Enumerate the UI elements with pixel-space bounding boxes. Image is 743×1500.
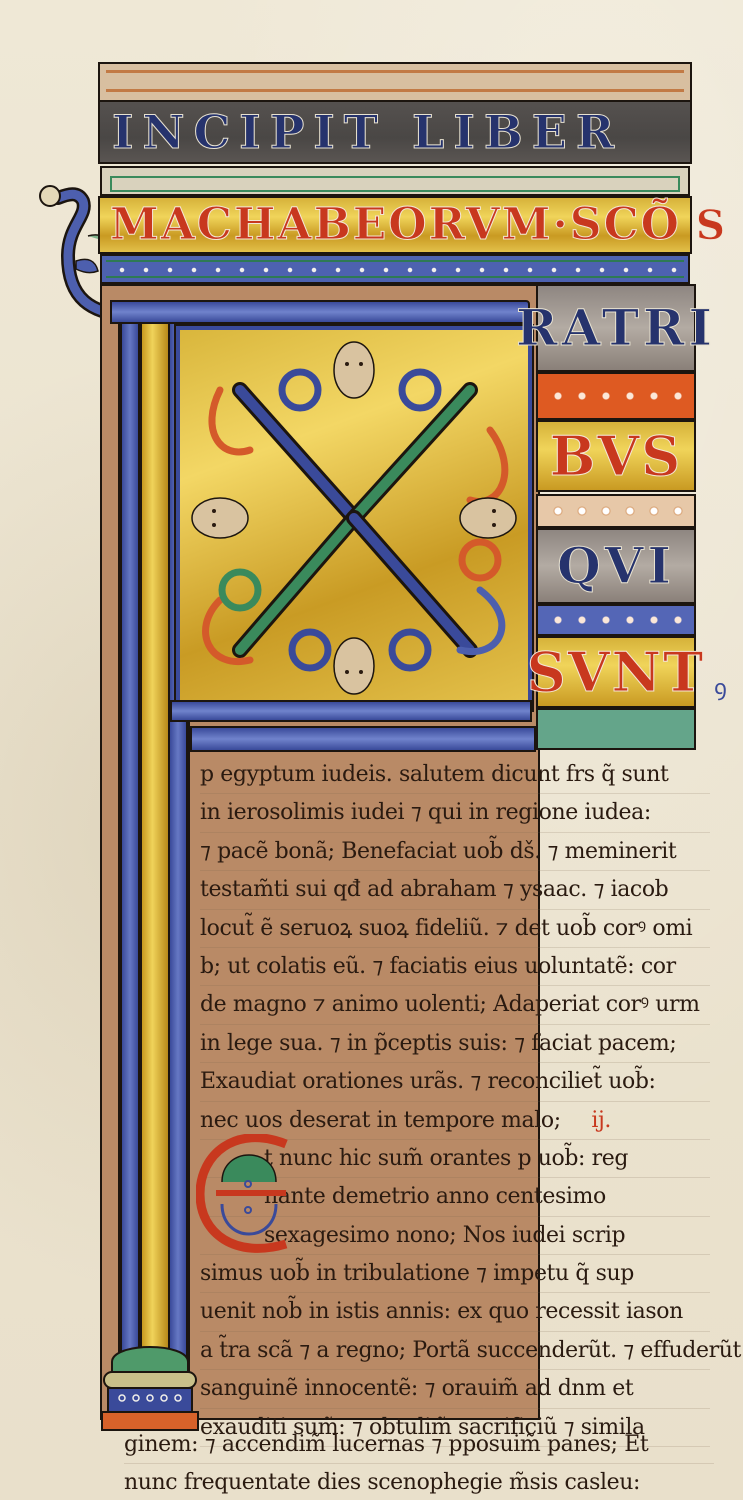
machabeorum-banner: MACHABEORVM·SCÕ <box>98 196 692 254</box>
incipit-banner: INCIPIT LIBER <box>98 100 692 164</box>
initial-top-arm <box>110 300 530 324</box>
capital-box-ratri: RATRI <box>536 284 696 372</box>
machabeorum-title: MACHABEORVM·SCÕ <box>110 203 681 247</box>
capital-text-ratri: RATRI <box>516 303 716 353</box>
capital-box-bus: BVS <box>536 420 696 492</box>
initial-lower-arm <box>190 726 536 752</box>
text-line: ginem: ⁊ accendim̃ lucernas ⁊ pposuim̃ p… <box>124 1426 714 1464</box>
text-line: testam̃ti sui qđ ad abraham ⁊ ysaac. ⁊ i… <box>200 871 710 909</box>
green-fret-band <box>100 166 690 196</box>
text-line: Exaudiat orationes urãs. ⁊ reconciliet̃ … <box>200 1063 710 1101</box>
text-line: sanguinẽ innocentẽ: ⁊ orauim̃ ad dnm et <box>200 1370 710 1408</box>
green-interlace-band <box>536 708 696 750</box>
top-ornamental-band <box>98 62 692 102</box>
initial-middle-arm <box>170 700 532 722</box>
text-line-content: nec uos deserat in tempore malo; <box>200 1108 561 1133</box>
capital-box-qui: QVI <box>536 528 696 604</box>
text-line: in lege sua. ⁊ in p̃ceptis suis: ⁊ facia… <box>200 1025 710 1063</box>
margin-blue-mark: ꝯ <box>714 672 727 702</box>
capital-text-sunt: SVNT <box>527 645 705 699</box>
peach-ornament-band <box>536 494 696 528</box>
text-line: p egyptum iudeis. salutem dicunt frs q̃ … <box>200 756 710 794</box>
text-line: a t̃ra scã ⁊ a regno; Portã succenderũt.… <box>200 1332 710 1370</box>
text-line: in ierosolimis iudei ⁊ qui in regione iu… <box>200 794 710 832</box>
initial-stem-gold <box>142 318 168 1378</box>
text-line: ⁊ pacẽ bonã; Benefaciat uob̃ dš. ⁊ memin… <box>200 833 710 871</box>
historiated-initial-panel <box>176 326 532 710</box>
incipit-title: INCIPIT LIBER <box>112 109 623 155</box>
text-line: de magno ⁊ animo uolenti; Adaperiat corꝰ… <box>200 986 710 1024</box>
initial-stem-left <box>122 318 140 1378</box>
below-frame-text: ginem: ⁊ accendim̃ lucernas ⁊ pposuim̃ p… <box>124 1426 714 1500</box>
text-line: uenit nob̃ in istis annis: ex quo recess… <box>200 1293 710 1331</box>
orange-ornament-band <box>536 372 696 420</box>
blue-pearl-band <box>100 254 690 284</box>
decorated-initial-e <box>196 1134 292 1254</box>
blue-ornament-band <box>536 604 696 636</box>
chapter-marker: ij. <box>591 1108 611 1133</box>
margin-letter-s: S <box>696 202 725 249</box>
main-text-block: p egyptum iudeis. salutem dicunt frs q̃ … <box>200 756 710 1447</box>
text-line: nunc frequentate dies scenophegie m̃sis … <box>124 1464 714 1500</box>
text-line: locut̃ ẽ seruoꝝ suoꝝ fideliũ. ⁊ det uob̃… <box>200 910 710 948</box>
capital-text-qui: QVI <box>557 541 675 591</box>
capital-box-sunt: SVNT <box>536 636 696 708</box>
capital-text-bus: BVS <box>550 429 683 483</box>
initial-base-pedestal <box>100 1332 200 1436</box>
text-line: simus uob̃ in tribulatione ⁊ impetu q̃ s… <box>200 1255 710 1293</box>
foliate-heads-ornament <box>180 330 528 706</box>
text-line: b; ut colatis eũ. ⁊ faciatis eius uolunt… <box>200 948 710 986</box>
